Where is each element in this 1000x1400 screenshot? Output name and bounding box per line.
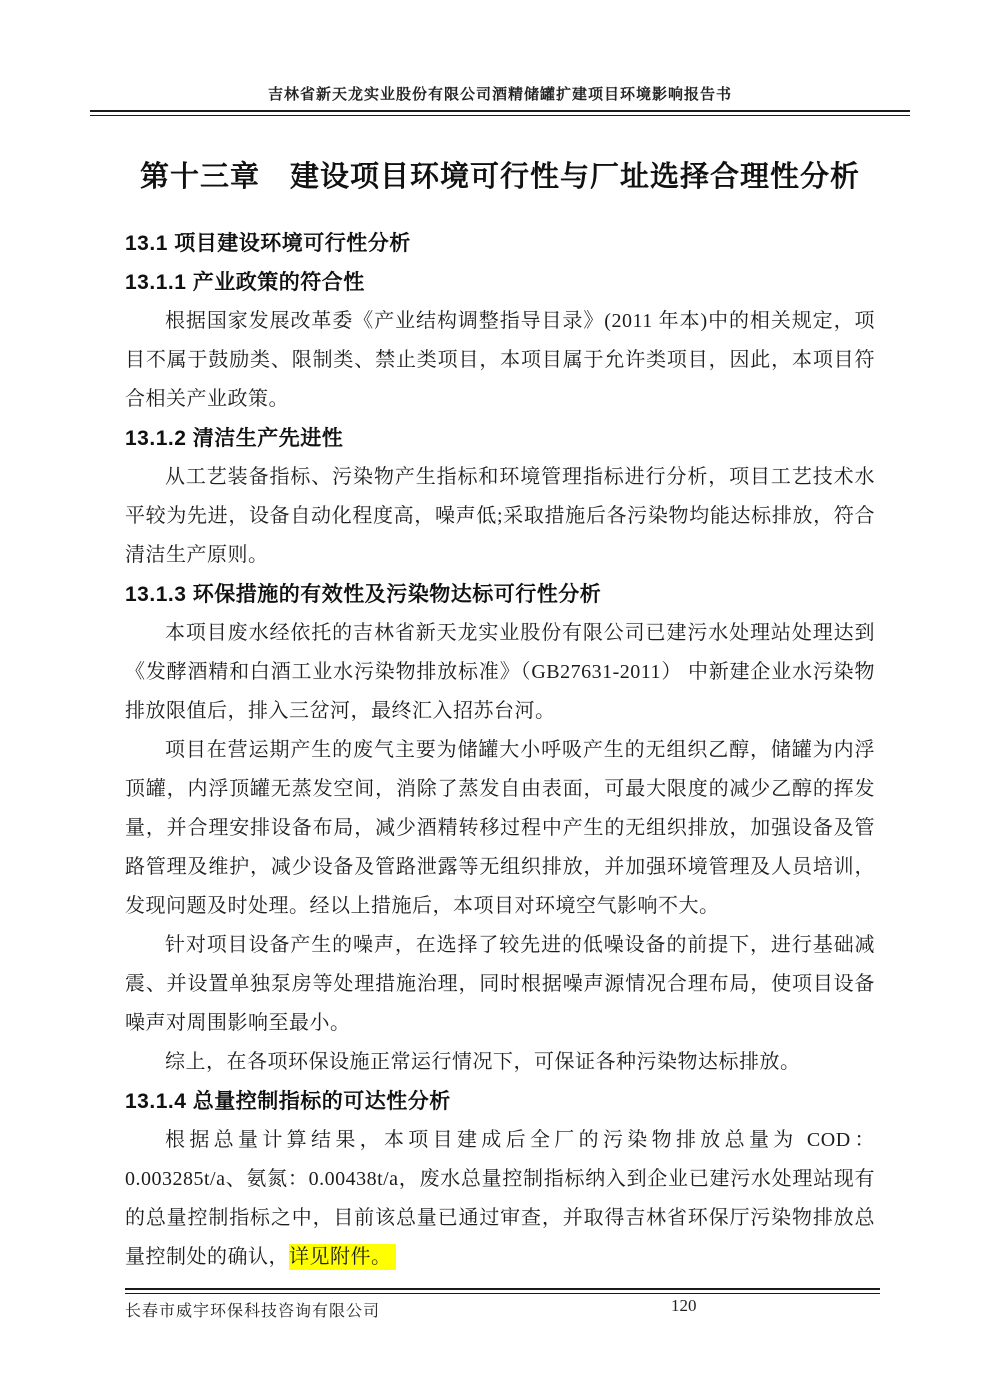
paragraph-wastewater: 本项目废水经依托的吉林省新天龙实业股份有限公司已建污水处理站处理达到《发酵酒精和… [125,614,875,731]
section-heading-13-1-3: 13.1.3 环保措施的有效性及污染物达标可行性分析 [125,575,875,614]
paragraph-total-control-text: 根据总量计算结果，本项目建成后全厂的污染物排放总量为 COD：0.003285t… [125,1129,875,1268]
paragraph-total-control: 根据总量计算结果，本项目建成后全厂的污染物排放总量为 COD：0.003285t… [125,1121,875,1277]
highlighted-attachment-note: 详见附件。 [289,1244,396,1270]
page-header: 吉林省新天龙实业股份有限公司酒精储罐扩建项目环境影响报告书 [0,0,1000,116]
paragraph-clean-production: 从工艺装备指标、污染物产生指标和环境管理指标进行分析，项目工艺技术水平较为先进，… [125,458,875,575]
document-page: 吉林省新天龙实业股份有限公司酒精储罐扩建项目环境影响报告书 第十三章 建设项目环… [0,0,1000,1400]
section-heading-13-1-4: 13.1.4 总量控制指标的可达性分析 [125,1082,875,1121]
page-footer: 长春市威宇环保科技咨询有限公司 120 [0,1288,1000,1400]
paragraph-summary: 综上，在各项环保设施正常运行情况下，可保证各种污染物达标排放。 [125,1043,875,1082]
paragraph-waste-gas: 项目在营运期产生的废气主要为储罐大小呼吸产生的无组织乙醇，储罐为内浮顶罐，内浮顶… [125,731,875,926]
page-number: 120 [671,1296,697,1316]
document-body: 13.1 项目建设环境可行性分析 13.1.1 产业政策的符合性 根据国家发展改… [125,224,875,1277]
section-heading-13-1-1: 13.1.1 产业政策的符合性 [125,263,875,302]
running-header-title: 吉林省新天龙实业股份有限公司酒精储罐扩建项目环境影响报告书 [0,84,1000,106]
header-rule [90,110,910,116]
footer-rule [125,1288,880,1294]
section-heading-13-1: 13.1 项目建设环境可行性分析 [125,224,875,263]
paragraph-industry-policy: 根据国家发展改革委《产业结构调整指导目录》(2011 年本)中的相关规定，项目不… [125,302,875,419]
chapter-title: 第十三章 建设项目环境可行性与厂址选择合理性分析 [80,156,920,198]
footer-company-name: 长春市威宇环保科技咨询有限公司 [125,1298,380,1321]
section-heading-13-1-2: 13.1.2 清洁生产先进性 [125,419,875,458]
paragraph-noise: 针对项目设备产生的噪声，在选择了较先进的低噪设备的前提下，进行基础减震、并设置单… [125,926,875,1043]
